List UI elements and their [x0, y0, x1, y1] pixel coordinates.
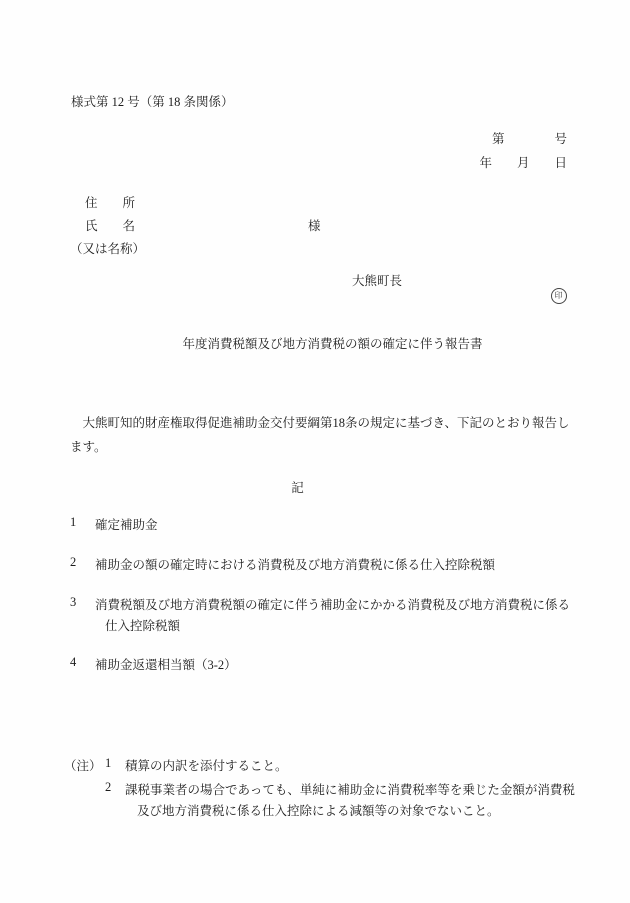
item-3-number: 3 [70, 595, 76, 610]
name-label: 氏 名 [85, 218, 135, 235]
note-2-text-continued: 及び地方消費税に係る仕入控除による減額等の対象でないこと。 [137, 801, 500, 819]
note-2-text: 課税事業者の場合であっても、単純に補助金に消費税率等を乗じた金額が消費税 [125, 780, 575, 798]
item-1-number: 1 [70, 515, 76, 530]
body-text-line-1: 大熊町知的財産権取得促進補助金交付要綱第18条の規定に基づき、下記のとおり報告し [70, 415, 570, 432]
record-label: 記 [0, 480, 595, 497]
item-4-text: 補助金返還相当額（3-2） [95, 655, 237, 673]
sender-title: 大熊町長 [352, 273, 402, 290]
honorific-sama: 様 [308, 218, 321, 235]
form-number: 様式第 12 号（第 18 条関係） [71, 94, 234, 111]
seal-icon: 印 [551, 288, 567, 304]
item-1-text: 確定補助金 [95, 515, 158, 533]
document-title: 年度消費税額及び地方消費税の額の確定に伴う報告書 [0, 336, 630, 353]
address-label: 住 所 [85, 195, 135, 212]
body-text-line-2: ます。 [70, 439, 107, 456]
item-3-text-continued: 仕入控除税額 [105, 616, 180, 634]
seal-mark: 印 [538, 269, 567, 321]
item-3-text: 消費税額及び地方消費税額の確定に伴う補助金にかかる消費税及び地方消費税に係る [95, 595, 570, 613]
item-2-number: 2 [70, 555, 76, 570]
notes-label: （注） [64, 756, 102, 774]
item-4-number: 4 [70, 655, 76, 670]
date-line: 年 月 日 [0, 155, 567, 172]
item-2-text: 補助金の額の確定時における消費税及び地方消費税に係る仕入控除税額 [95, 555, 495, 573]
note-1-text: 積算の内訳を添付すること。 [125, 756, 288, 774]
note-2-number: 2 [105, 780, 111, 795]
document-page: 様式第 12 号（第 18 条関係） 第 号 年 月 日 住 所 氏 名 様 （… [0, 0, 630, 903]
document-number-line: 第 号 [0, 131, 567, 148]
alt-name-label: （又は名称） [70, 241, 145, 258]
note-1-number: 1 [105, 756, 111, 771]
